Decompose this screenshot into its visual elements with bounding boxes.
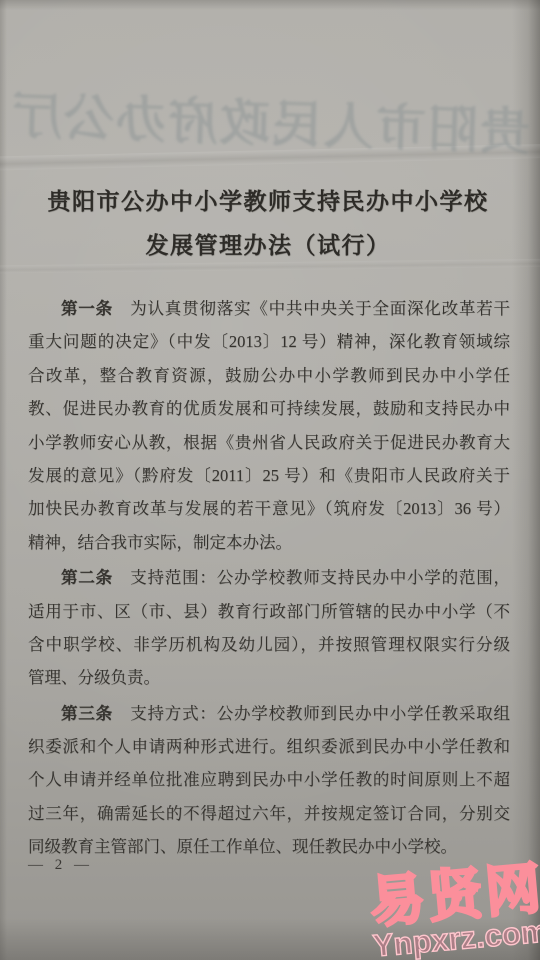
paragraph-article-2: 第二条 支持范围：公办学校教师支持民办中小学的范围， 适用于市、区（市、县）教育… <box>28 561 510 695</box>
text-line-content: 支持方式：公办学校教师到民办中小学任教采取组 <box>113 704 510 723</box>
text-line: 小学教师安心从教，根据《贵州省人民政府关于促进民办教育大 <box>28 426 510 459</box>
text-line: 过三年，确需延长的不得超过六年，并按规定签订合同，分别交 <box>28 797 510 830</box>
page-number: — 2 — <box>28 857 93 874</box>
text-line: 同级教育主管部门、原任工作单位、现任教民办中小学校。 <box>28 830 510 863</box>
document-title-line-1: 贵阳市公办中小学教师支持民办中小学校 <box>20 180 516 224</box>
text-line: 第一条 为认真贯彻落实《中共中央关于全面深化改革若干 <box>28 292 510 325</box>
text-line: 第三条 支持方式：公办学校教师到民办中小学任教采取组 <box>28 697 510 730</box>
text-line: 加快民办教育改革与发展的若干意见》（筑府发〔2013〕36 号） <box>28 492 510 525</box>
text-line: 管理、分级负责。 <box>28 661 510 694</box>
document-body: 第一条 为认真贯彻落实《中共中央关于全面深化改革若干 重大问题的决定》（中发〔2… <box>28 292 510 864</box>
site-watermark: 易贤网 Ynpxrz.com <box>365 858 540 960</box>
article-number: 第一条 <box>61 299 113 318</box>
text-line: 重大问题的决定》（中发〔2013〕12 号）精神，深化教育领域综 <box>28 325 510 358</box>
text-line: 含中职学校、非学历机构及幼儿园），并按照管理权限实行分级 <box>28 628 510 661</box>
text-line-content: 支持范围：公办学校教师支持民办中小学的范围， <box>113 568 510 587</box>
text-line: 精神，结合我市实际，制定本办法。 <box>28 526 510 559</box>
text-line: 第二条 支持范围：公办学校教师支持民办中小学的范围， <box>28 561 510 594</box>
text-line: 教、促进民办教育的优质发展和可持续发展，鼓励和支持民办中 <box>28 392 510 425</box>
document-photo: 贵阳市人民政府办公厅 贵阳市公办中小学教师支持民办中小学校 发展管理办法（试行）… <box>0 0 540 960</box>
document-title-line-2: 发展管理办法（试行） <box>20 224 516 268</box>
article-number: 第三条 <box>61 704 113 723</box>
article-number: 第二条 <box>61 568 113 587</box>
text-line-content: 为认真贯彻落实《中共中央关于全面深化改革若干 <box>113 299 510 318</box>
document-title: 贵阳市公办中小学教师支持民办中小学校 发展管理办法（试行） <box>20 180 516 268</box>
text-line: 个人申请并经单位批准应聘到民办中小学任教的时间原则上不超 <box>28 763 510 796</box>
text-line: 发展的意见》（黔府发〔2011〕25 号）和《贵阳市人民政府关于 <box>28 459 510 492</box>
text-line: 适用于市、区（市、县）教育行政部门所管辖的民办中小学（不 <box>28 595 510 628</box>
showthrough-mirrored-text: 贵阳市人民政府办公厅 <box>0 75 540 165</box>
paragraph-article-3: 第三条 支持方式：公办学校教师到民办中小学任教采取组 织委派和个人申请两种形式进… <box>28 697 510 864</box>
text-line: 织委派和个人申请两种形式进行。组织委派到民办中小学任教和 <box>28 730 510 763</box>
text-line: 合改革，整合教育资源，鼓励公办中小学教师到民办中小学任 <box>28 359 510 392</box>
paragraph-article-1: 第一条 为认真贯彻落实《中共中央关于全面深化改革若干 重大问题的决定》（中发〔2… <box>28 292 510 559</box>
